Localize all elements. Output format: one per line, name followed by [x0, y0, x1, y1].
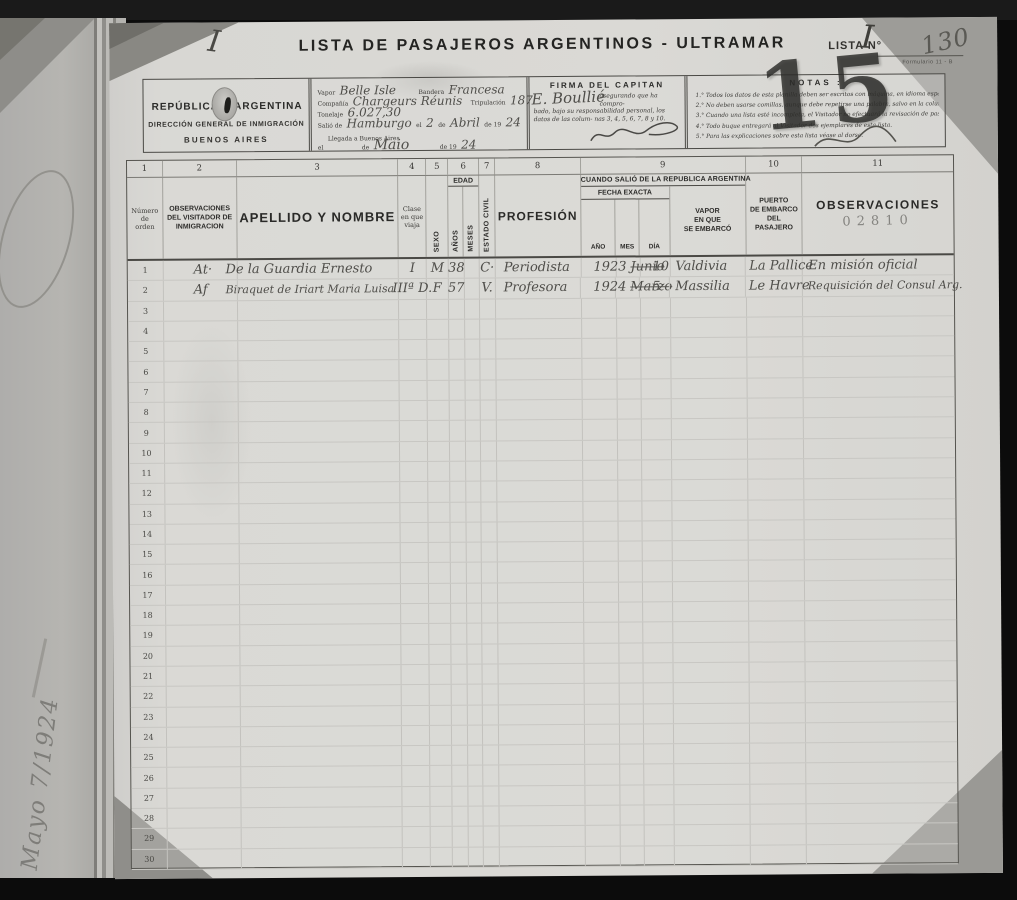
- cell-obs: [805, 478, 956, 498]
- cell-clase: [403, 847, 431, 866]
- cell-clase: [399, 299, 427, 318]
- cell-puerto: [749, 642, 806, 662]
- header-anos: AÑOS: [448, 187, 464, 257]
- cell-clase: I: [399, 259, 427, 278]
- cell-obs: [805, 539, 956, 559]
- cell-profesion: [496, 319, 582, 339]
- cell-estado: [483, 766, 499, 785]
- cell-mes: [617, 298, 641, 317]
- cell-vapor: [671, 378, 747, 398]
- cell-ano: [583, 420, 618, 440]
- cell-n: 12: [129, 484, 165, 504]
- pencil-oval-mark: [0, 161, 88, 316]
- cell-profesion: [496, 298, 582, 318]
- cell-dia: [642, 501, 672, 521]
- header-meses: MESES: [464, 187, 479, 257]
- llegada-de-label: de: [362, 144, 369, 151]
- cell-clase: [401, 523, 429, 542]
- sexo-vertical-label: SEXO: [434, 230, 441, 252]
- cell-profesion: [498, 562, 584, 582]
- cell-mes: [620, 826, 644, 845]
- cell-clase: [402, 685, 430, 704]
- cell-sexo: [429, 563, 451, 582]
- cell-obs: [805, 499, 956, 519]
- cell-estado: [483, 664, 499, 683]
- cell-n: 23: [131, 707, 167, 727]
- cell-vapor: [671, 318, 747, 338]
- cell-profesion: [497, 461, 583, 481]
- cell-vapor: [674, 744, 750, 764]
- cell-dia: [643, 683, 673, 703]
- header-clase: Clase en que viaja: [398, 176, 426, 257]
- cell-clase: [401, 482, 429, 501]
- cell-clase: [401, 563, 429, 582]
- cell-profesion: [496, 359, 582, 379]
- cell-obs: [807, 783, 958, 803]
- cell-meses: [465, 259, 480, 278]
- cell-profesion: [499, 765, 585, 785]
- cell-puerto: [750, 764, 807, 784]
- cell-ano: [582, 359, 617, 379]
- cell-dia: [643, 623, 673, 643]
- cell-anos: [452, 725, 468, 744]
- cell-ano: [586, 846, 621, 866]
- cell-meses: [467, 624, 482, 643]
- cell-anos: [450, 421, 466, 440]
- cell-obs: [804, 357, 955, 377]
- cell-anos: [450, 462, 466, 481]
- cell-n: 21: [131, 667, 167, 687]
- cell-obs: [806, 722, 957, 742]
- cell-mes: [619, 623, 643, 642]
- cell-vapor: [671, 297, 747, 317]
- cell-sexo: [429, 523, 451, 542]
- cell-ano: [583, 400, 618, 420]
- cell-obs: [806, 661, 957, 681]
- cell-dia: [644, 825, 674, 845]
- cell-ano: [583, 461, 618, 481]
- cell-meses: [466, 360, 481, 379]
- cell-dia: [644, 704, 674, 724]
- cell-estado: [483, 786, 499, 805]
- cell-dia: 5: [640, 277, 670, 297]
- cell-clase: [403, 766, 431, 785]
- cell-mes: [618, 542, 642, 561]
- cell-anos: [450, 401, 466, 420]
- cell-mes: [621, 846, 645, 865]
- cell-estado: [481, 441, 497, 460]
- cell-nombre: [241, 746, 403, 766]
- cell-ano: [583, 481, 618, 501]
- cell-ano: [584, 603, 619, 623]
- cell-n: 4: [128, 322, 164, 342]
- cell-meses: [465, 319, 480, 338]
- header-apellido-nombre: APELLIDO Y NOMBRE: [237, 176, 399, 258]
- col-number: 5: [426, 159, 448, 175]
- republica-label: REPÚBLICA: [152, 101, 219, 112]
- header-puerto-embarco: PUERTO DE EMBARCO DEL PASAJERO: [746, 173, 803, 254]
- cell-visitador: [167, 808, 241, 828]
- cell-visitador: [166, 585, 240, 605]
- header-mes: MES: [616, 199, 640, 255]
- cell-n: 24: [131, 728, 167, 748]
- cell-mes: [618, 440, 642, 459]
- cell-n: 16: [130, 565, 166, 585]
- cell-sexo: [430, 705, 452, 724]
- cell-ano: 1923: [581, 258, 616, 278]
- cell-meses: [466, 461, 481, 480]
- cell-nombre: [238, 401, 400, 421]
- cell-estado: [480, 319, 496, 338]
- cell-profesion: [500, 806, 586, 826]
- estado-civil-vertical-label: ESTADO CIVIL: [483, 197, 490, 252]
- cell-vapor: [672, 500, 748, 520]
- cell-estado: [481, 380, 497, 399]
- cell-n: 20: [130, 646, 166, 666]
- table-row: 30: [132, 844, 958, 870]
- cell-vapor: [672, 521, 748, 541]
- cell-sexo: [430, 726, 452, 745]
- cell-anos: [452, 685, 468, 704]
- llegada-ano-value: 24: [461, 138, 476, 152]
- document-page: I LISTA DE PASAJEROS ARGENTINOS - ULTRAM…: [109, 17, 1003, 879]
- cell-ano: [585, 745, 620, 765]
- cell-dia: [641, 399, 671, 419]
- cell-meses: [468, 725, 483, 744]
- cell-obs: [806, 621, 957, 641]
- cell-vapor: [673, 581, 749, 601]
- cell-clase: IIIª D.: [399, 279, 427, 298]
- header-sexo: SEXO: [426, 176, 449, 257]
- cell-profesion: [497, 440, 583, 460]
- cell-obs: [804, 397, 955, 417]
- cell-anos: [450, 380, 466, 399]
- table-body: 1At·De la Guardia ErnestoIM38C·Periodist…: [128, 255, 958, 870]
- header-observaciones-visitador: OBSERVACIONES DEL VISITADOR DE INMIGRACI…: [163, 177, 237, 259]
- cell-estado: [482, 583, 498, 602]
- stamp-squiggle: [810, 118, 900, 159]
- cell-sexo: [428, 401, 450, 420]
- cell-dia: [644, 785, 674, 805]
- cell-sexo: [430, 685, 452, 704]
- cell-anos: [453, 807, 469, 826]
- cell-vapor: [674, 805, 750, 825]
- cell-visitador: [166, 666, 240, 686]
- cell-clase: [400, 381, 428, 400]
- cell-visitador: [167, 747, 241, 767]
- cell-meses: [467, 583, 482, 602]
- cell-obs: [804, 418, 955, 438]
- cell-profesion: Periodista: [496, 258, 582, 278]
- cell-n: 5: [128, 342, 164, 362]
- cell-profesion: [498, 522, 584, 542]
- cell-nombre: [238, 340, 400, 360]
- cell-sexo: [429, 583, 451, 602]
- col-number: 6: [448, 159, 479, 175]
- coat-of-arms: [211, 87, 237, 121]
- cell-estado: [483, 685, 499, 704]
- cell-sexo: [431, 807, 453, 826]
- cell-profesion: [496, 339, 582, 359]
- cell-vapor: [671, 338, 747, 358]
- cell-meses: [468, 766, 483, 785]
- cell-dia: [643, 663, 673, 683]
- cell-meses: [466, 441, 481, 460]
- cell-mes: [620, 785, 644, 804]
- cell-dia: [644, 765, 674, 785]
- cell-profesion: [497, 420, 583, 440]
- cell-sexo: [429, 502, 451, 521]
- buenos-aires-label: BUENOS AIRES: [144, 135, 309, 145]
- cell-dia: [644, 744, 674, 764]
- captain-signature-box: FIRMA DEL CAPITAN asegurando que ha comp…: [526, 76, 684, 149]
- cell-mes: [617, 399, 641, 418]
- cell-sexo: [431, 827, 453, 846]
- cell-visitador: [164, 301, 238, 321]
- cell-meses: [465, 299, 480, 318]
- cell-vapor: [674, 723, 750, 743]
- fecha-exacta-label: FECHA EXACTA: [581, 186, 669, 200]
- cell-puerto: [748, 500, 805, 520]
- cell-mes: [620, 805, 644, 824]
- cell-obs: [804, 438, 955, 458]
- cell-mes: [618, 420, 642, 439]
- cell-meses: [468, 664, 483, 683]
- cell-puerto: [750, 743, 807, 763]
- cell-anos: [453, 847, 469, 866]
- cell-n: 15: [130, 545, 166, 565]
- cell-mes: [620, 745, 644, 764]
- col-number: 8: [495, 158, 581, 175]
- cell-n: 7: [129, 383, 165, 403]
- cell-visitador: [168, 849, 242, 869]
- cell-vapor: [672, 419, 748, 439]
- cell-vapor: [673, 642, 749, 662]
- cell-sexo: [428, 421, 450, 440]
- cell-puerto: [746, 297, 803, 317]
- cell-vapor: [673, 561, 749, 581]
- cell-mes: [619, 582, 643, 601]
- cell-puerto: [747, 419, 804, 439]
- cell-nombre: Biraquet de Iriart Maria Luisa: [237, 279, 398, 299]
- cell-visitador: [167, 768, 241, 788]
- cell-meses: [468, 644, 483, 663]
- cell-n: 8: [129, 403, 165, 423]
- cell-mes: [618, 481, 642, 500]
- cell-estado: [482, 543, 498, 562]
- cell-profesion: [500, 826, 586, 846]
- cell-visitador: [165, 443, 239, 463]
- cell-ano: [585, 765, 620, 785]
- cell-visitador: [166, 565, 240, 585]
- cell-ano: [584, 623, 619, 643]
- cell-clase: [400, 340, 428, 359]
- cell-obs: En misión oficial: [803, 255, 954, 275]
- cell-anos: [452, 665, 468, 684]
- cell-nombre: [238, 300, 400, 320]
- cell-mes: [618, 501, 642, 520]
- cell-puerto: [748, 480, 805, 500]
- cell-nombre: [240, 685, 402, 705]
- cell-nombre: [239, 421, 401, 441]
- cell-nombre: [241, 827, 403, 847]
- passenger-table: 1 2 3 4 5 6 7 8 9 10 11 Número de orden …: [126, 154, 959, 869]
- cell-clase: [402, 705, 430, 724]
- cell-obs: [803, 316, 954, 336]
- cell-nombre: [240, 645, 402, 665]
- cell-meses: [468, 705, 483, 724]
- cell-mes: [617, 318, 641, 337]
- cell-sexo: [429, 543, 451, 562]
- cell-profesion: [499, 745, 585, 765]
- cell-dia: [645, 846, 675, 866]
- cell-dia: [641, 359, 671, 379]
- cell-mes: Junio: [616, 257, 640, 276]
- cell-puerto: [747, 337, 804, 357]
- cell-meses: [468, 685, 483, 704]
- cell-clase: [401, 543, 429, 562]
- cell-estado: C·: [480, 258, 496, 277]
- cell-obs: [806, 641, 957, 661]
- cell-visitador: [164, 341, 238, 361]
- cell-anos: [451, 522, 467, 541]
- cell-clase: [403, 827, 431, 846]
- cell-profesion: [499, 704, 585, 724]
- col-number: 7: [479, 158, 495, 174]
- llegada-de19-label: de 19: [440, 144, 457, 151]
- cell-sexo: [430, 665, 452, 684]
- cell-profesion: [499, 786, 585, 806]
- cell-sexo: [430, 644, 452, 663]
- col-number: 9: [581, 157, 746, 174]
- cell-sexo: [427, 299, 449, 318]
- cell-clase: [401, 584, 429, 603]
- cell-dia: [641, 298, 671, 318]
- cell-dia: [641, 318, 671, 338]
- cell-profesion: [499, 664, 585, 684]
- cell-nombre: [239, 482, 401, 502]
- cell-mes: [620, 765, 644, 784]
- cell-dia: [643, 602, 673, 622]
- cell-anos: [452, 746, 468, 765]
- cell-estado: [482, 522, 498, 541]
- header-estado-civil: ESTADO CIVIL: [479, 175, 496, 256]
- cell-clase: [401, 502, 429, 521]
- cell-obs: [806, 681, 957, 701]
- cell-ano: [585, 684, 620, 704]
- cell-vapor: [674, 703, 750, 723]
- cell-n: 18: [130, 606, 166, 626]
- fecha-exacta-group: FECHA EXACTA AÑO MES DÍA: [581, 186, 670, 256]
- cell-n: 25: [131, 748, 167, 768]
- cell-clase: [400, 421, 428, 440]
- cell-sexo: [429, 604, 451, 623]
- cell-dia: [644, 805, 674, 825]
- cell-vapor: [673, 663, 749, 683]
- cell-puerto: [749, 682, 806, 702]
- cell-nombre: [239, 503, 401, 523]
- cell-dia: [643, 643, 673, 663]
- left-corner-shadow-dark: [0, 18, 45, 60]
- cell-estado: [483, 705, 499, 724]
- cell-visitador: [165, 504, 239, 524]
- captain-name-handwritten: E. Boullié: [531, 87, 605, 108]
- header-observaciones: OBSERVACIONES 02810: [803, 172, 954, 254]
- cell-profesion: [498, 643, 584, 663]
- cell-obs: [805, 580, 956, 600]
- edad-label: EDAD: [448, 176, 478, 187]
- cell-estado: [481, 461, 497, 480]
- cell-vapor: [671, 358, 747, 378]
- cell-ano: [585, 785, 620, 805]
- cell-anos: [449, 340, 465, 359]
- cell-anos: [451, 563, 467, 582]
- cell-anos: [451, 624, 467, 643]
- cell-dia: [642, 440, 672, 460]
- cell-sexo: [431, 786, 453, 805]
- header-edad: EDAD AÑOS MESES: [448, 176, 479, 257]
- cell-puerto: [749, 703, 806, 723]
- cell-meses: [466, 421, 481, 440]
- cell-n: 11: [129, 464, 165, 484]
- captain-signature: [585, 116, 685, 149]
- cell-sexo: [430, 766, 452, 785]
- cell-mes: [620, 724, 644, 743]
- cell-puerto: Le Havre: [746, 277, 803, 297]
- cell-estado: [481, 360, 497, 379]
- ink-blot: [224, 97, 232, 114]
- cell-visitador: [165, 423, 239, 443]
- cell-profesion: [497, 501, 583, 521]
- cell-vapor: [674, 764, 750, 784]
- cell-puerto: [750, 825, 807, 845]
- cell-ano: [582, 339, 617, 359]
- cell-nombre: [239, 523, 401, 543]
- cell-meses: [467, 502, 482, 521]
- cell-mes: [620, 704, 644, 723]
- cell-obs: [803, 296, 954, 316]
- cell-meses: [468, 746, 483, 765]
- llegada-mes-value: Maio: [374, 137, 410, 153]
- cell-puerto: [748, 561, 805, 581]
- cell-puerto: [750, 784, 807, 804]
- cell-mes: [618, 460, 642, 479]
- cell-sexo: [428, 340, 450, 359]
- cell-puerto: [748, 581, 805, 601]
- cell-puerto: [749, 622, 806, 642]
- header-profesion: PROFESIÓN: [495, 175, 581, 257]
- cell-visitador: [165, 402, 239, 422]
- header-dia: DÍA: [639, 199, 669, 255]
- cell-sexo: F: [427, 279, 449, 298]
- cell-vapor: [673, 683, 749, 703]
- cell-dia: [643, 582, 673, 602]
- table-header-row: Número de orden OBSERVACIONES DEL VISITA…: [127, 172, 954, 261]
- cell-n: 22: [131, 687, 167, 707]
- llegada-el-label: el: [318, 145, 324, 152]
- cell-sexo: [428, 462, 450, 481]
- cell-n: 27: [131, 788, 167, 808]
- col-number: 1: [127, 161, 163, 177]
- cell-n: 10: [129, 443, 165, 463]
- cell-clase: [399, 320, 427, 339]
- cell-obs: [807, 803, 958, 823]
- cell-sexo: [431, 847, 453, 866]
- cell-nombre: [240, 604, 402, 624]
- cell-nombre: [242, 848, 404, 868]
- cell-anos: [451, 502, 467, 521]
- cell-estado: V.: [480, 279, 496, 298]
